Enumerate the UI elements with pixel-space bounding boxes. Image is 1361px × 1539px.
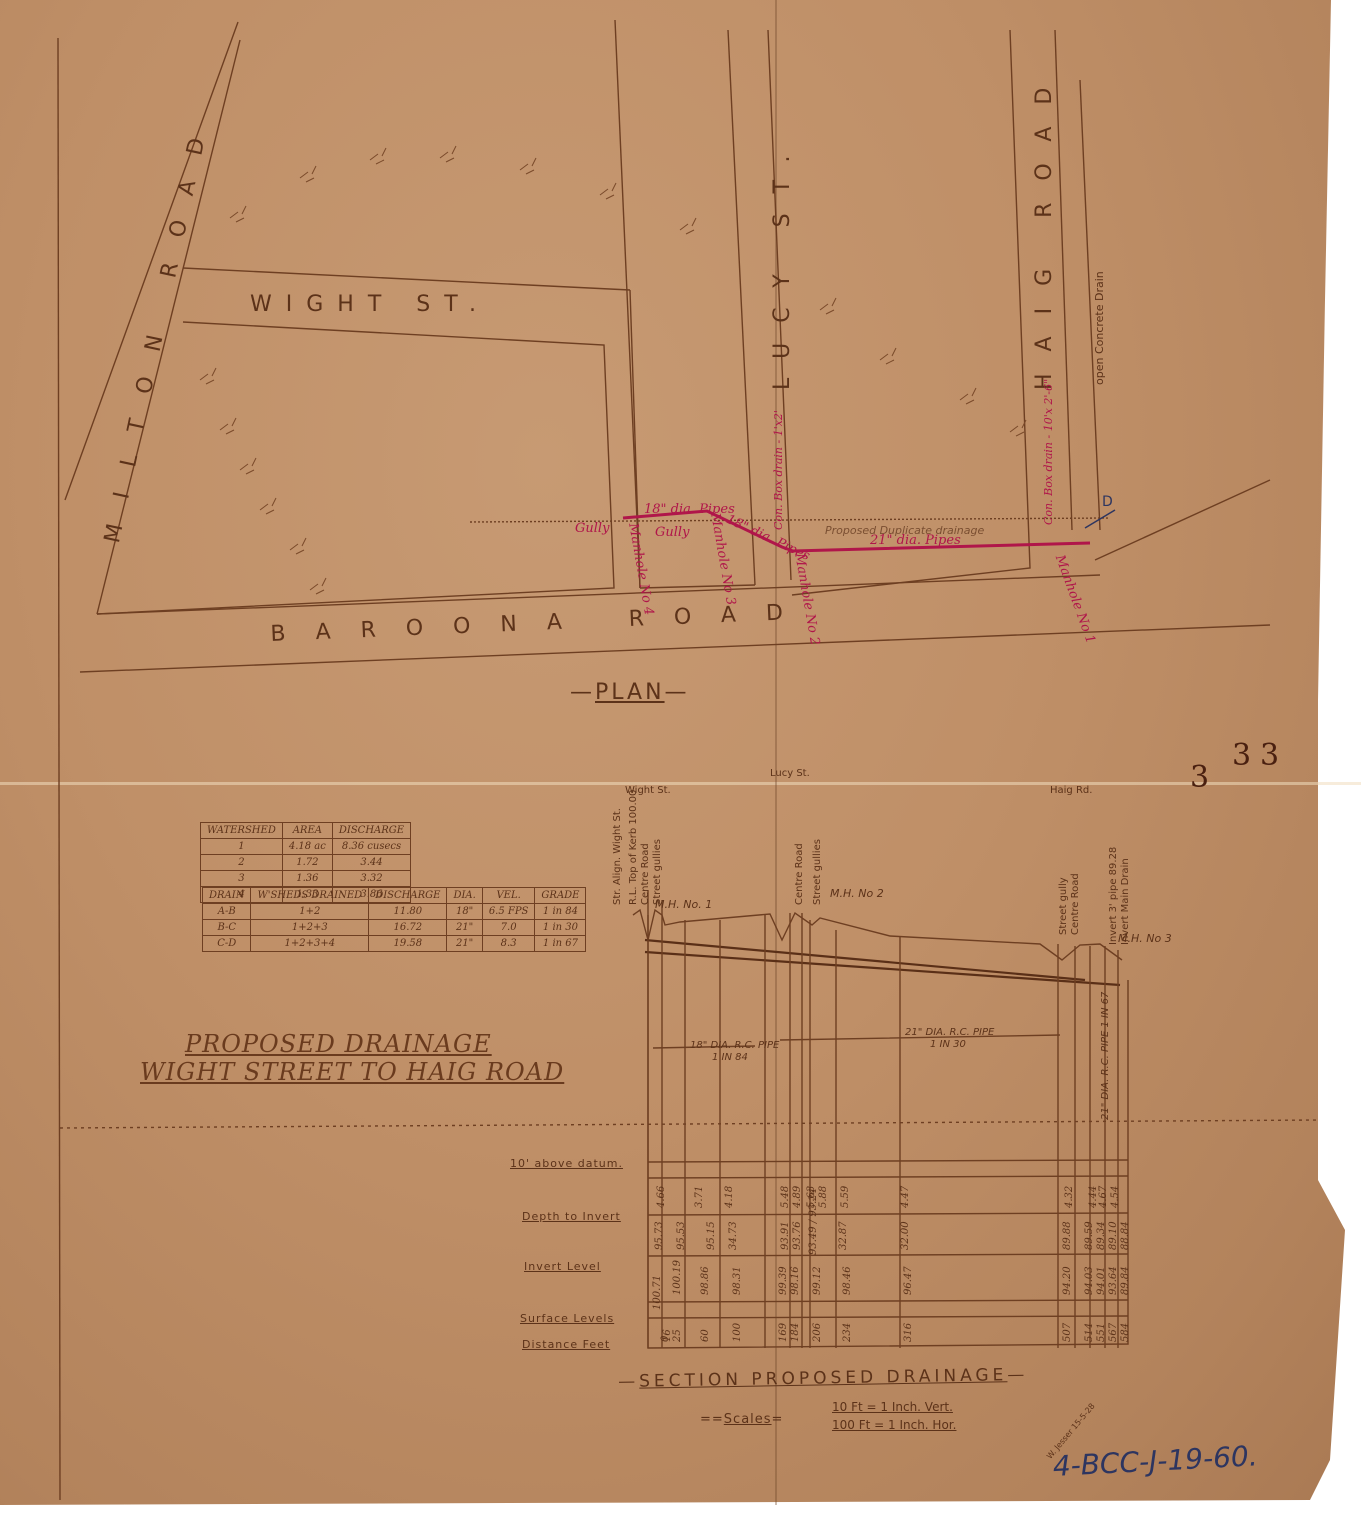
surface-value: 98.16	[790, 1266, 801, 1295]
row-label-datum: 10' above datum.	[510, 1157, 623, 1170]
street-mark-wight: Wight St.	[625, 785, 671, 796]
invert-value: 32.00	[900, 1221, 911, 1250]
invert-value: 89.88	[1062, 1221, 1073, 1250]
depth-value: 4.67	[1098, 1186, 1109, 1208]
surface-value: 94.03	[1084, 1266, 1095, 1295]
invert-value: 89.59	[1084, 1221, 1095, 1250]
scale-horizontal: 100 Ft = 1 Inch. Hor.	[832, 1418, 956, 1432]
gullies-left-note: Street gullies	[652, 839, 663, 905]
distance-value: 169	[778, 1323, 789, 1342]
depth-value: 5.48	[780, 1186, 791, 1208]
invert-value: 95.53	[676, 1221, 687, 1250]
distance-value: 184	[790, 1323, 801, 1342]
depth-value: 5.88	[818, 1186, 829, 1208]
distance-value: 507	[1062, 1323, 1073, 1342]
surface-value: 94.01	[1096, 1266, 1107, 1295]
str-align-note: Str. Align. Wight St.	[612, 808, 623, 905]
depth-value: 4.32	[1064, 1186, 1075, 1208]
distance-value: 567	[1108, 1323, 1119, 1342]
surface-value: 94.20	[1062, 1266, 1073, 1295]
surface-value: 89.84	[1120, 1266, 1131, 1295]
surface-value: 100.71	[652, 1275, 663, 1310]
distance-value: 100	[732, 1323, 743, 1342]
surface-value: 93.64	[1108, 1266, 1119, 1295]
distance-value: 234	[842, 1323, 853, 1342]
mh3-section-label: M.H. No 3	[1118, 932, 1172, 945]
depth-value: 4.47	[900, 1186, 911, 1208]
row-label-depth: Depth to Invert	[522, 1210, 621, 1223]
surface-value: 100.19	[672, 1260, 683, 1295]
invert-value: 88.84	[1120, 1221, 1131, 1250]
pipe-21-section-label: 21" DIA. R.C. PIPE	[905, 1027, 994, 1038]
centre-road-mid-note: Centre Road	[794, 843, 805, 905]
surface-value: 99.12	[812, 1266, 823, 1295]
mh1-section-label: M.H. No. 1	[655, 898, 712, 911]
distance-value: 206	[812, 1323, 823, 1342]
street-mark-haig: Haig Rd.	[1050, 785, 1092, 796]
scales-block: ==Scales=	[700, 1412, 783, 1427]
centre-road-left-note: Centre Road	[640, 843, 651, 905]
distance-value: 25	[672, 1329, 683, 1342]
distance-value: 584	[1120, 1323, 1131, 1342]
invert-value: 89.10	[1108, 1221, 1119, 1250]
centre-road-right-note: Centre Road	[1070, 873, 1081, 935]
distance-value: 60	[700, 1329, 711, 1342]
invert-value: 95.73	[654, 1221, 665, 1250]
depth-value: 4.89	[792, 1186, 803, 1208]
surface-value: 98.31	[732, 1266, 743, 1295]
invert-value: 89.34	[1096, 1221, 1107, 1250]
row-label-distance: Distance Feet	[522, 1338, 610, 1351]
pipe-21-grade-label: 1 IN 30	[930, 1039, 966, 1050]
pipe-18-section-label: 18" DIA. R.C. PIPE	[690, 1040, 779, 1051]
invert-value: 93.91	[780, 1221, 791, 1250]
depth-value: 4.18	[724, 1186, 735, 1208]
gully-right-note: Street gully	[1058, 877, 1069, 935]
invert-value: 95.15	[706, 1221, 717, 1250]
invert-value: 32.87	[838, 1221, 849, 1250]
depth-value: 5.59	[840, 1186, 851, 1208]
depth-value: 3.71	[694, 1186, 705, 1208]
invert-value: 34.73	[728, 1221, 739, 1250]
surface-value: 96.47	[903, 1266, 914, 1295]
gullies-mid-note: Street gullies	[812, 839, 823, 905]
section-linework	[0, 0, 1361, 1539]
kerb-level-note: R.L. Top of Kerb 100.00	[628, 790, 639, 905]
mh2-section-label: M.H. No 2	[830, 887, 884, 900]
surface-value: 98.86	[700, 1266, 711, 1295]
distance-value: 514	[1084, 1323, 1095, 1342]
depth-value: 4.66	[656, 1186, 667, 1208]
scale-vertical: 10 Ft = 1 Inch. Vert.	[832, 1400, 953, 1414]
row-label-invert: Invert Level	[524, 1260, 601, 1273]
surface-value: 98.46	[842, 1266, 853, 1295]
scales-label: Scales	[724, 1412, 772, 1427]
surface-value: 99.39	[778, 1266, 789, 1295]
pipe-18-grade-label: 1 IN 84	[712, 1052, 748, 1063]
row-label-surface: Surface Levels	[520, 1312, 614, 1325]
pipe-21-vertical-label: 21" DIA. R.C. PIPE 1 IN 67	[1100, 992, 1111, 1120]
distance-value: 316	[903, 1323, 914, 1342]
depth-value: 4.54	[1110, 1186, 1121, 1208]
invert-pipe-note: Invert 3' pipe 89.28	[1108, 847, 1119, 945]
invert-value: 93.76	[792, 1221, 803, 1250]
street-mark-lucy: Lucy St.	[770, 768, 810, 779]
distance-value: 551	[1096, 1323, 1107, 1342]
